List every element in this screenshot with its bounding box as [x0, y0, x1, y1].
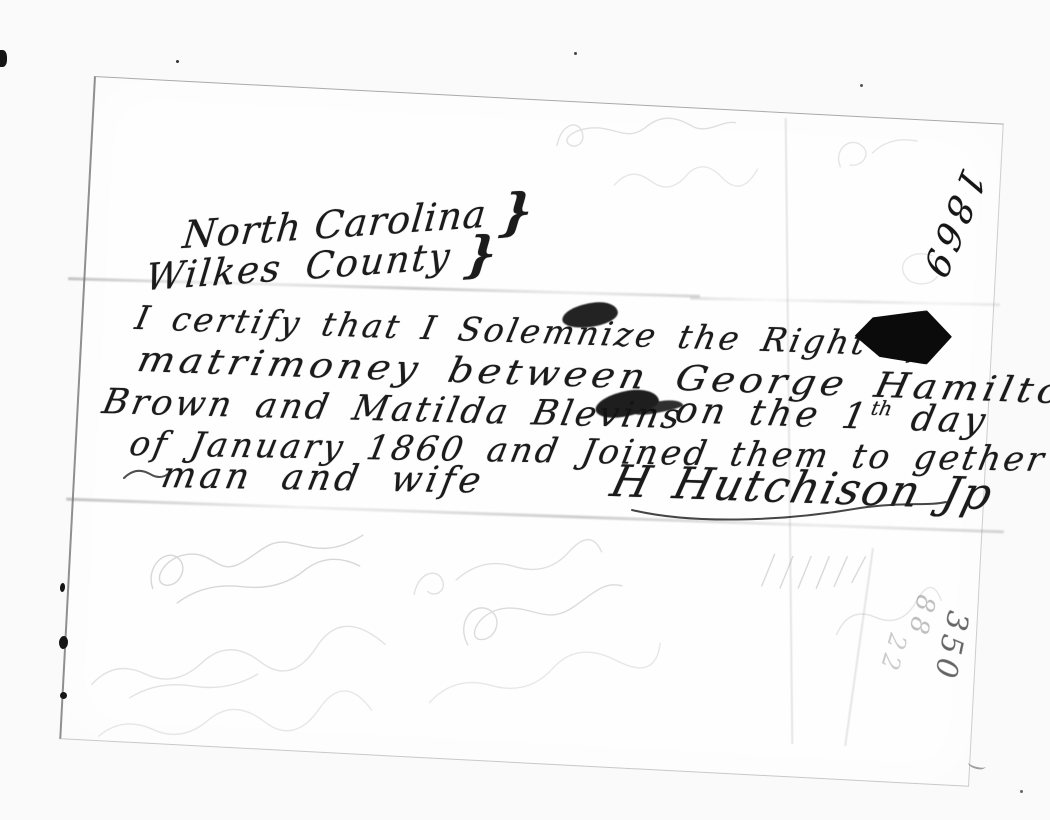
- hw-man-and-wife-line: man and wife: [158, 455, 488, 501]
- ordinal-superscript: th: [869, 397, 895, 421]
- ink-dot: [1020, 790, 1023, 793]
- scan-artifact-speck: [0, 50, 7, 67]
- ink-spot-left-edge: [60, 692, 67, 699]
- signature-underline-flourish: [630, 500, 950, 530]
- pen-stroke-mark: [967, 758, 987, 771]
- ink-dot: [860, 84, 863, 87]
- ink-dot: [574, 52, 577, 55]
- day-word: day: [907, 398, 992, 441]
- ink-spot-left-edge: [60, 583, 66, 592]
- scanned-document: North Carolina} Wilkes County} I certify…: [0, 0, 1050, 820]
- ink-dot: [176, 60, 179, 63]
- brace-glyph: }: [448, 225, 501, 285]
- pen-flourish: [120, 462, 172, 488]
- date-day-text: on the 1: [672, 390, 874, 437]
